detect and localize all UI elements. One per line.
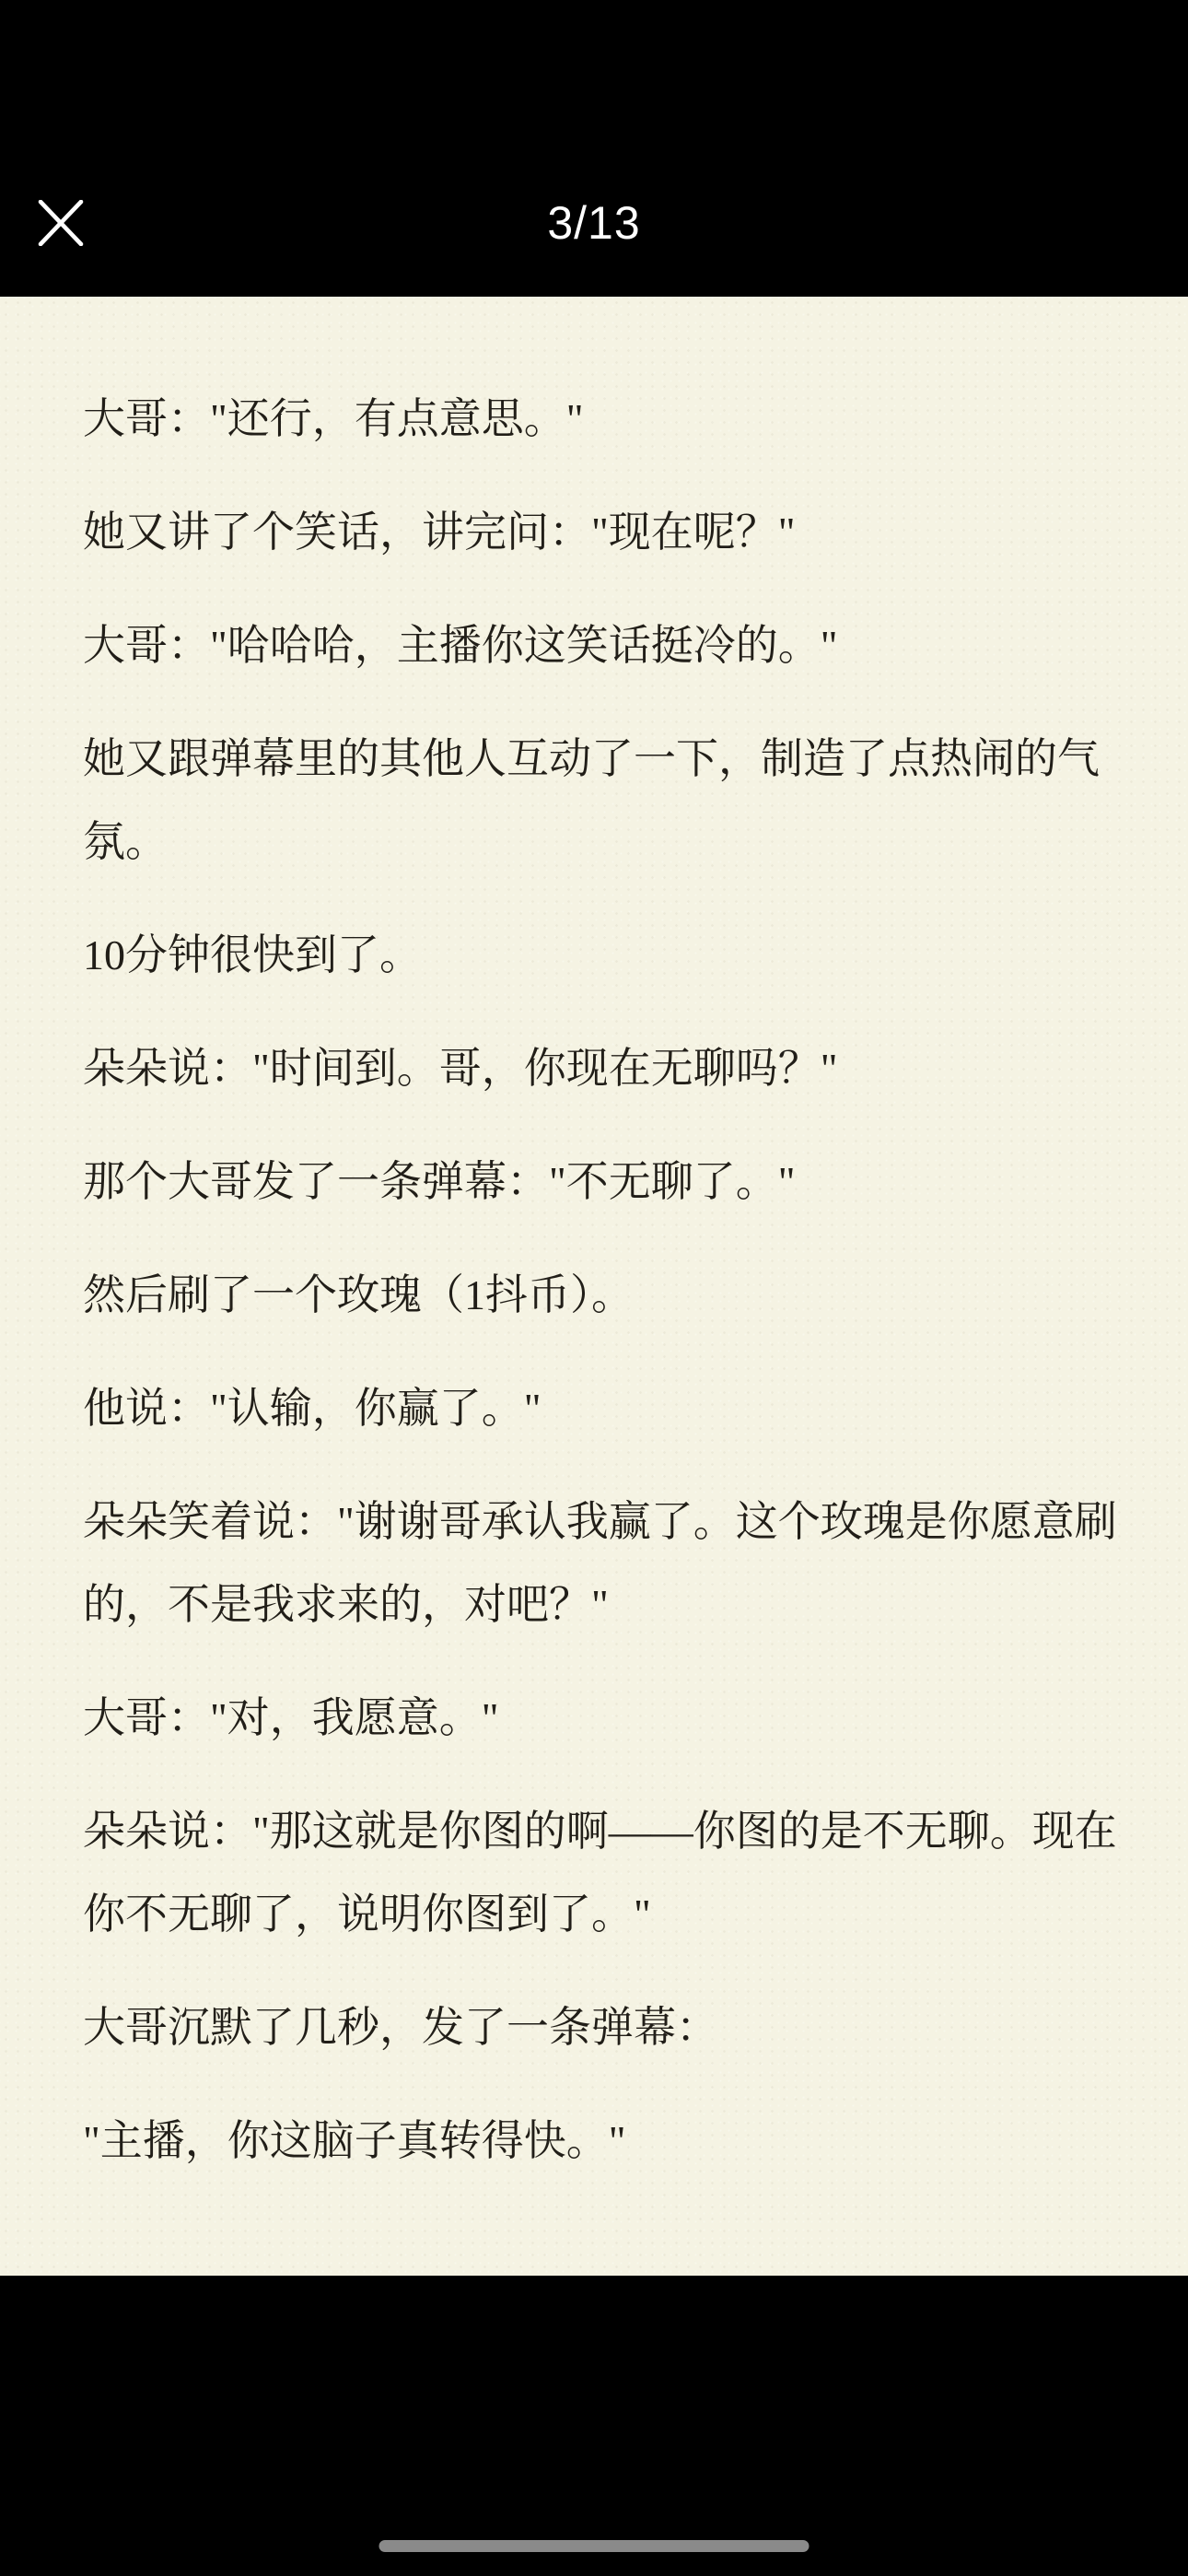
- story-paragraph: 大哥："哈哈哈，主播你这笑话挺冷的。": [83, 604, 1142, 687]
- story-paragraph: 她又跟弹幕里的其他人互动了一下，制造了点热闹的气氛。: [83, 718, 1142, 884]
- story-paragraph: 然后刷了一个玫瑰（1抖币）。: [83, 1254, 1142, 1337]
- story-paragraph: 那个大哥发了一条弹幕："不无聊了。": [83, 1141, 1142, 1224]
- story-paragraph: "主播，你这脑子真转得快。": [83, 2100, 1142, 2183]
- story-paragraph: 朵朵说："那这就是你图的啊——你图的是不无聊。现在你不无聊了，说明你图到了。": [83, 1790, 1142, 1956]
- story-paragraphs: 大哥："还行，有点意思。"她又讲了个笑话，讲完问："现在呢？"大哥："哈哈哈，主…: [83, 378, 1142, 2183]
- top-bar: 3/13: [0, 0, 1188, 297]
- story-paragraph: 朵朵说："时间到。哥，你现在无聊吗？": [83, 1027, 1142, 1110]
- reader-overlay: 3/13 大哥："还行，有点意思。"她又讲了个笑话，讲完问："现在呢？"大哥："…: [0, 0, 1188, 2576]
- story-paragraph: 10分钟很快到了。: [83, 914, 1142, 997]
- story-paragraph: 她又讲了个笑话，讲完问："现在呢？": [83, 491, 1142, 574]
- story-paragraph: 大哥："还行，有点意思。": [83, 378, 1142, 461]
- page-indicator: 3/13: [0, 195, 1188, 251]
- home-indicator[interactable]: [379, 2540, 809, 2552]
- phone-screen: { "header": { "page_indicator": "3/13", …: [0, 0, 1188, 2576]
- bottom-bar: [0, 2276, 1188, 2576]
- story-paragraph: 他说："认输，你赢了。": [83, 1367, 1142, 1450]
- story-paragraph: 朵朵笑着说："谢谢哥承认我赢了。这个玫瑰是你愿意刷的，不是我求来的，对吧？": [83, 1481, 1142, 1646]
- story-paragraph: 大哥沉默了几秒，发了一条弹幕：: [83, 1986, 1142, 2069]
- story-paragraph: 大哥："对，我愿意。": [83, 1677, 1142, 1760]
- story-page[interactable]: 大哥："还行，有点意思。"她又讲了个笑话，讲完问："现在呢？"大哥："哈哈哈，主…: [0, 297, 1188, 2276]
